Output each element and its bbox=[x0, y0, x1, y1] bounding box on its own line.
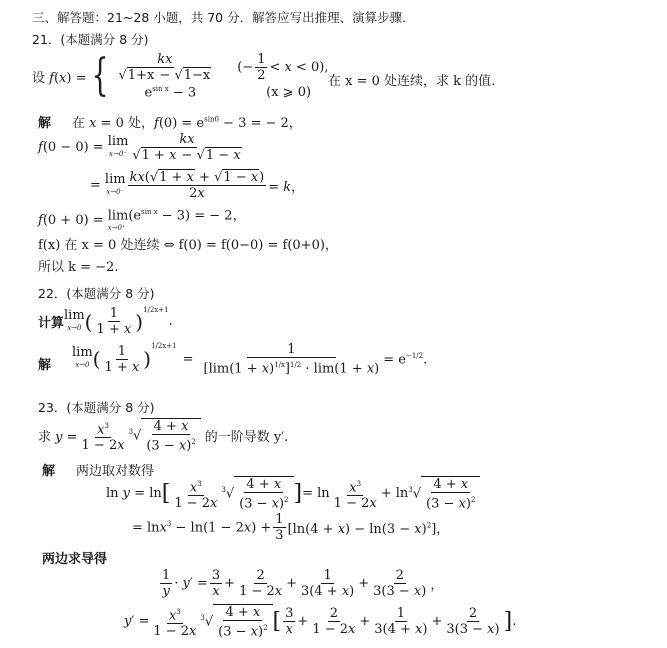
section-header: 三、解答题：21~28 小题，共 70 分．解答应写出推理、演算步骤． bbox=[32, 8, 415, 26]
problem-23-statement: 求 y = x31 − 2x 3√4 + x(3 − x)2 的一阶导数 y′. bbox=[38, 418, 288, 453]
solution-23-line-3: 1y · y′ = 3x+ 21 − 2x+ 13(4 + x)+ 23(3 −… bbox=[158, 568, 443, 599]
case1-numerator: kx bbox=[155, 52, 174, 68]
solution-23-label: 解 bbox=[42, 460, 55, 479]
solution-22-line-1: limx→0 (11 + x) 1/2x+1 = 1[lim(1 + x)1/x… bbox=[72, 342, 427, 376]
statement-suffix: 在 x = 0 处连续，求 k 的值. bbox=[328, 70, 495, 89]
solution-21-line-5: f(x) 在 x = 0 处连续 ⇔ f(0) = f(0−0) = f(0+0… bbox=[38, 234, 338, 253]
case2-condition: (x ⩾ 0) bbox=[266, 85, 311, 100]
case-2: esin x − 3 (x ⩾ 0) bbox=[114, 85, 328, 100]
problem-22-label: 22．(本题满分 8 分) bbox=[38, 284, 155, 302]
solution-23-intro2: 两边求导得 bbox=[42, 548, 107, 567]
problem-23-label: 23．(本题满分 8 分) bbox=[38, 398, 155, 416]
case-1: kx √1+x − √1−x (−12< x < 0), bbox=[114, 52, 328, 83]
case-brace: { bbox=[92, 54, 109, 98]
solution-21-line-1: 在 x = 0 处，f(0) = esin0 − 3 = − 2， bbox=[72, 112, 302, 131]
solution-21-line-4: f(0 + 0) = lim(esin x − 3) = − 2，x→0⁺ bbox=[38, 206, 246, 234]
solution-23-line-4: y′ = x31 − 2x 3√4 + x(3 − x)2 [ 3x+ 21 −… bbox=[124, 604, 516, 639]
problem-21-statement: 设 f(x) = { kx √1+x − √1−x (−12< x < 0), … bbox=[32, 52, 329, 100]
case1-condition: (−12< x < 0), bbox=[237, 52, 328, 83]
solution-21-line-6: 所以 k = −2. bbox=[38, 256, 118, 275]
solution-21-line-2: f(0 − 0) = limx→0⁻ kx√1 + x − √1 − x bbox=[38, 132, 246, 163]
problem-22-statement: 计算 limx→0 (11 + x) 1/2x+1 . bbox=[38, 306, 173, 337]
problem-21-label: 21．(本题满分 8 分) bbox=[32, 30, 149, 48]
solution-23-line-1: ln y = ln[ x31 − 2x 3√4 + x(3 − x)2 ] = … bbox=[106, 476, 480, 511]
solution-22-label: 解 bbox=[38, 354, 51, 373]
solution-label: 解 bbox=[38, 112, 51, 131]
solution-23-line-2: = lnx3 − ln(1 − 2x) + 13 [ln(4 + x) − ln… bbox=[132, 512, 449, 543]
statement-prefix: 设 f(x) = bbox=[32, 67, 86, 86]
piecewise-cases: kx √1+x − √1−x (−12< x < 0), esin x − 3 … bbox=[114, 52, 328, 100]
solution-21-line-3: = limx→0⁻ kx(√1 + x + √1 − x)2x = k， bbox=[90, 170, 304, 201]
